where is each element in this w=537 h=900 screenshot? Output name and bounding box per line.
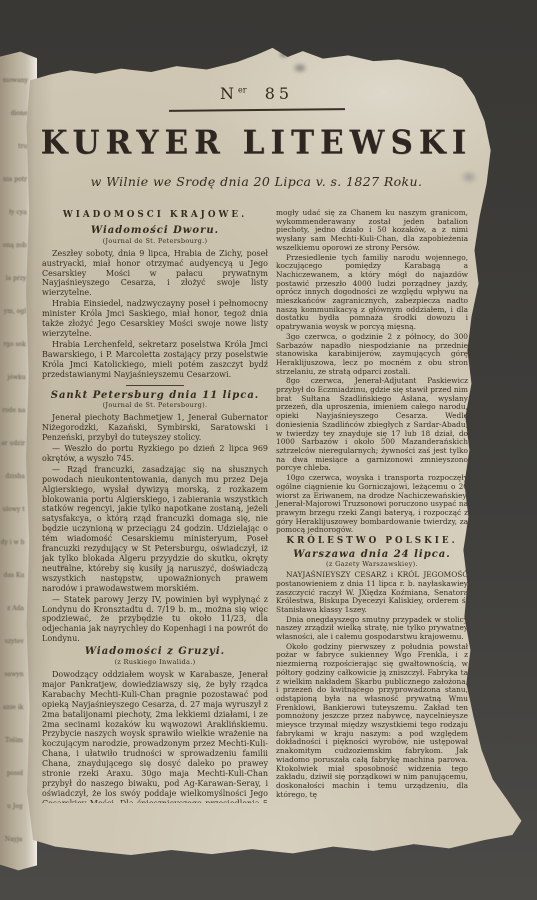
source-note: (z Gazety Warszawskiey).	[276, 560, 468, 569]
masthead-dateline: w Wilnie we Srodę dnia 20 Lipca v. s. 18…	[4, 174, 509, 189]
section-heading-krolestwo-polskie: KRÓLESTWO POLSKIE.	[276, 537, 468, 546]
source-note: (z Ruskiego Inwalida.)	[42, 658, 268, 668]
article-paragraph: Około godziny pierwszey z południa powst…	[276, 643, 468, 800]
source-note: (Journal de St. Petersbourg.)	[42, 237, 268, 247]
source-note: (Journal de St. Petersbourg).	[42, 401, 268, 411]
left-column: WIADOMOŚCI KRAJOWE. Wiadomości Dworu. (J…	[42, 209, 268, 803]
article-paragraph: — Weszło do portu Ryzkiego po dzień 2 li…	[42, 444, 268, 464]
article-paragraph: — Statek parowy Jerzy IV, powinien był w…	[42, 595, 268, 645]
article-paragraph: 8go czerwca, Jenerał-Adjutant Paskiewicz…	[276, 377, 468, 473]
article-paragraph: 10go czerwca, woyska i transporta rozpoc…	[276, 474, 468, 535]
article-paragraph: Zeszłey soboty, dnia 9 lipca, Hrabia de …	[42, 249, 268, 299]
article-paragraph: Dnia onegdayszego smutny przypadek w sto…	[276, 616, 468, 642]
issue-number-line: Ner 85	[4, 84, 509, 103]
masthead-rule	[168, 108, 344, 112]
section-heading-wiadomosci-krajowe: WIADOMOŚCI KRAJOWE.	[42, 211, 268, 221]
article-columns: WIADOMOŚCI KRAJOWE. Wiadomości Dworu. (J…	[42, 209, 468, 803]
article-paragraph: Jenerał piechoty Bachmetjew 1, Jenerał G…	[42, 413, 268, 443]
masthead: Ner 85 KURYER LITEWSKI w Wilnie we Srodę…	[4, 42, 509, 189]
article-paragraph: NAYJAŚNIEYSZY CESARZ i KRÓL JEGOMOŚĆ pos…	[276, 571, 468, 615]
article-paragraph: Hrabia Einsiedel, nadzwyczayny poseł i p…	[42, 299, 268, 339]
article-paragraph: — Rząd francuzki, zasadzając się na słus…	[42, 465, 268, 594]
right-column: mogły udać się za Chanem ku naszym grani…	[276, 209, 468, 803]
article-paragraph: mogły udać się za Chanem ku naszym grani…	[276, 209, 468, 253]
subsection-heading-sankt-petersburg: Sankt Petersburg dnia 11 lipca.	[42, 391, 268, 401]
newspaper-title: KURYER LITEWSKI	[4, 124, 509, 162]
subsection-heading-warszawa: Warszawa dnia 24 lipca.	[276, 551, 468, 560]
column-divider-rule	[126, 385, 184, 386]
issue-superscript: er	[238, 86, 247, 95]
issue-number: 85	[265, 84, 293, 103]
article-paragraph: Hrabia Lerchenfeld, sekretarz poselstwa …	[42, 340, 268, 380]
subsection-heading-wiadomosci-z-gruzyi: Wiadomości z Gruzyi.	[42, 647, 268, 657]
subsection-heading-wiadomosci-dworu: Wiadomości Dworu.	[42, 226, 268, 236]
issue-prefix: N	[220, 84, 238, 103]
article-paragraph: 3go czerwca, o godzinie 2 z północy, do …	[276, 333, 468, 377]
scanned-newspaper-view: mowany dione tru nia potr ły cya oną zob…	[0, 0, 537, 900]
newspaper-page: Ner 85 KURYER LITEWSKI w Wilnie we Srodę…	[20, 42, 525, 875]
article-paragraph: Dowodzący oddziałem woysk w Karabasze, J…	[42, 670, 268, 803]
article-paragraph: Przesiedlenie tych familiy narodu wojenn…	[276, 254, 468, 332]
